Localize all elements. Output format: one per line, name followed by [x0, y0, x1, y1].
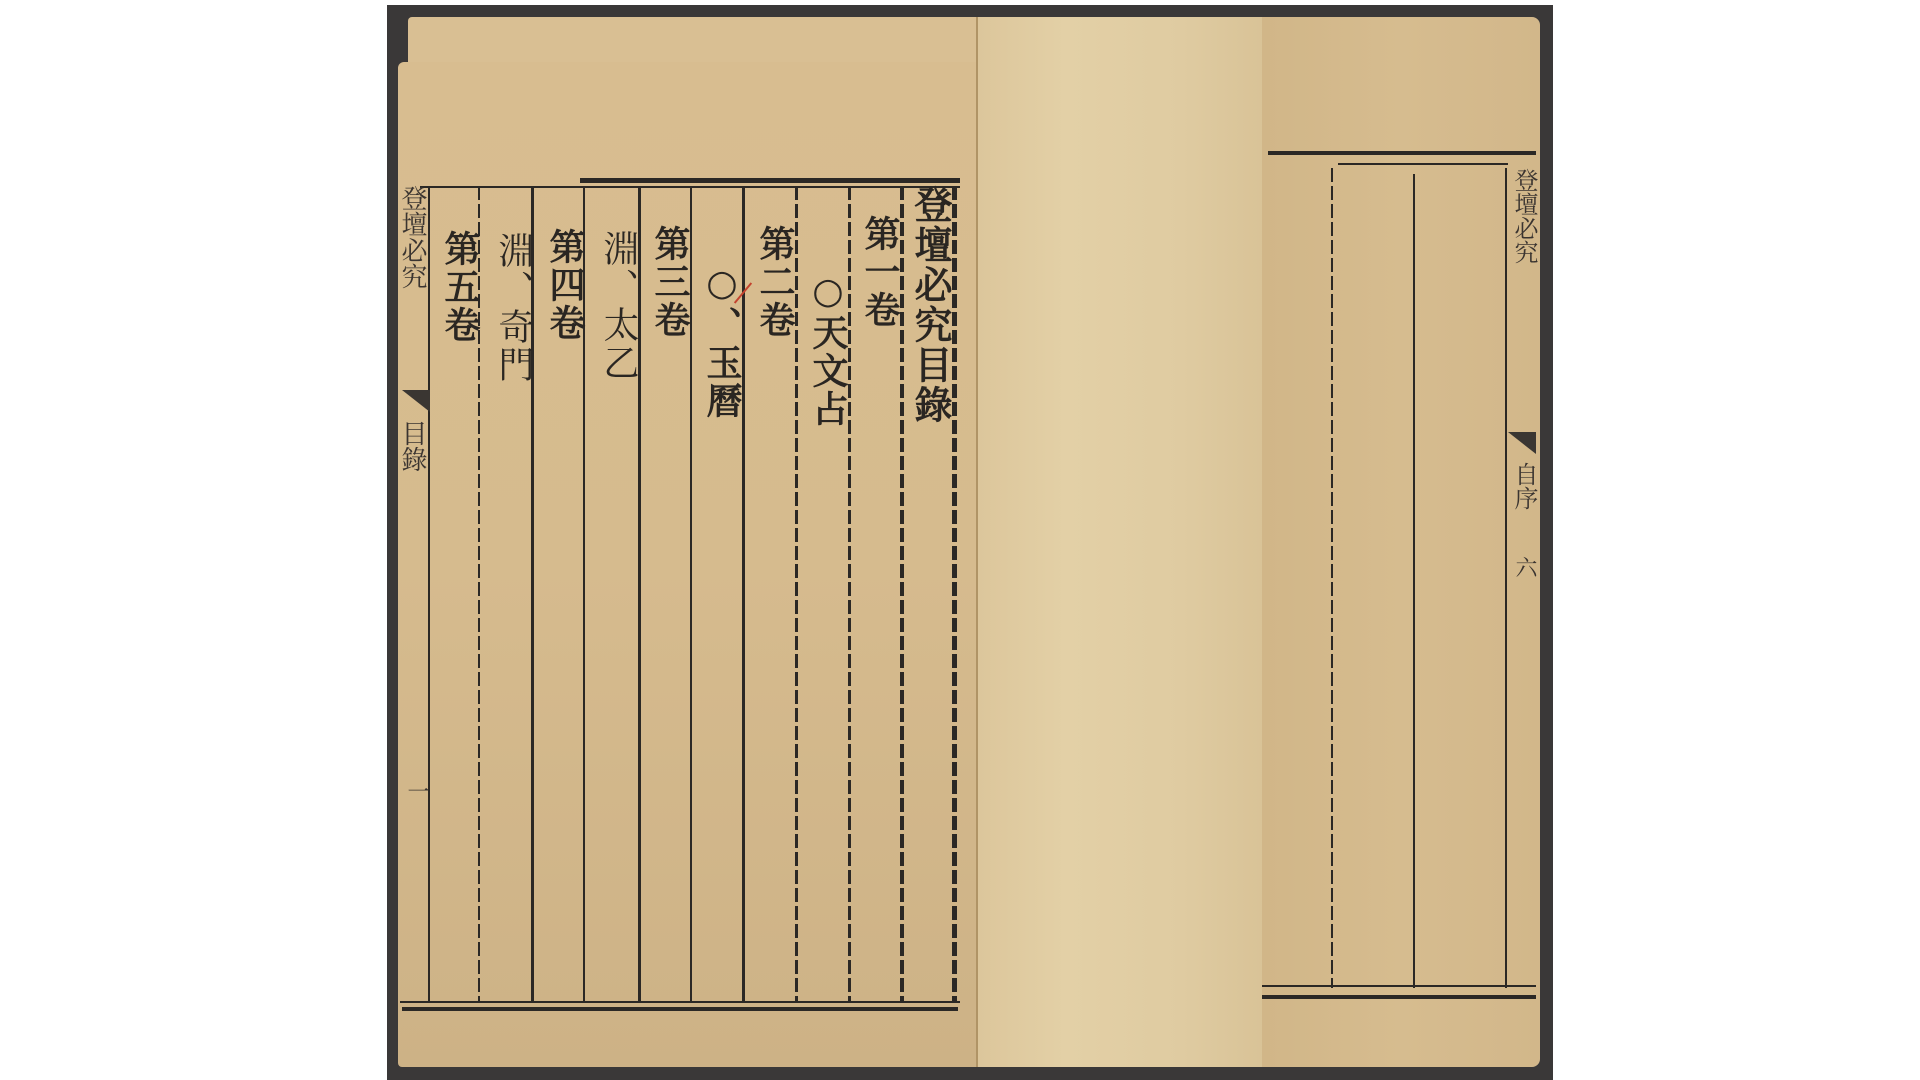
toc-heading-1: 第一卷 [860, 215, 900, 329]
left-page [398, 62, 980, 1067]
toc-title: 登壇必究目錄 [910, 185, 950, 425]
toc-heading-4: 第四卷 [545, 228, 585, 342]
toc-entry-4: 淵、奇門 [493, 232, 533, 384]
right-frame-bottom-inner-rule [1262, 985, 1536, 987]
right-margin-title: 登壇必究 [1510, 168, 1538, 264]
left-margin-title: 登壇必究 [398, 185, 426, 289]
left-frame-top-rule [580, 178, 960, 183]
left-frame-bottom-inner-rule [400, 1001, 960, 1003]
right-margin-section: 自序 [1510, 462, 1538, 510]
column-rule [428, 186, 430, 1001]
toc-heading-3: 第三卷 [650, 225, 690, 339]
toc-entry-1: ○天文占 [808, 270, 848, 428]
right-frame-top-inner-rule [1338, 163, 1508, 165]
toc-heading-2: 第二卷 [755, 225, 795, 339]
folded-flap [976, 17, 1270, 1067]
right-frame-bottom-rule [1262, 995, 1536, 999]
right-margin-page-number: 六 [1510, 556, 1538, 578]
left-margin-page-number: 一 [402, 780, 430, 802]
column-rule [1505, 168, 1507, 988]
column-rule [1413, 174, 1415, 988]
left-margin-section: 目錄 [398, 420, 426, 472]
toc-entry-3: 淵、太乙 [598, 230, 638, 382]
right-frame-top-rule [1268, 151, 1536, 155]
right-page [1262, 17, 1540, 1067]
toc-heading-5: 第五卷 [440, 230, 480, 344]
column-rule [1331, 168, 1333, 988]
left-frame-bottom-rule [402, 1007, 958, 1011]
toc-entry-2: ○、玉曆 [702, 262, 742, 420]
